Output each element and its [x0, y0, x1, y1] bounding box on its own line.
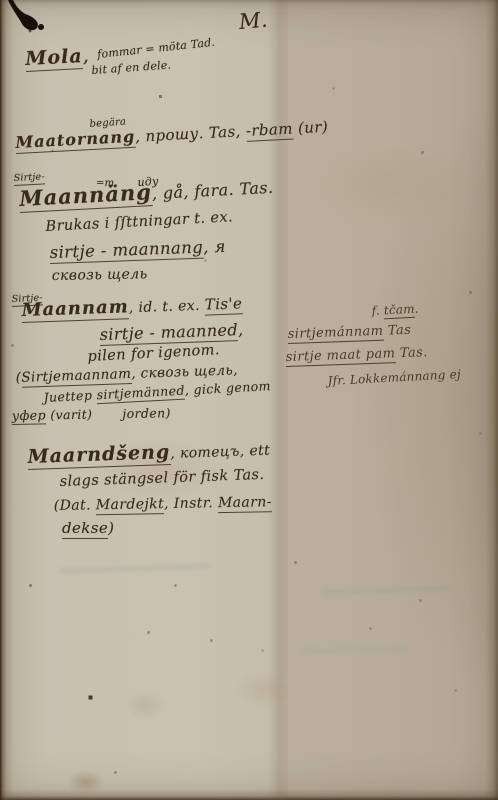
entry-maannang-line: Maannäng, gå, fara. Tas. — [19, 173, 274, 211]
russian-gloss: сквозь щель — [52, 266, 148, 284]
form-mardejkt: Mardejkt — [96, 496, 165, 515]
page-letter-heading: M. — [238, 8, 269, 34]
compound-sirtjemaannam: Sirtjemaannam — [21, 366, 132, 388]
headword-maarndseng: Maarndšeng — [27, 441, 170, 470]
example-tise: Tis'e — [204, 294, 242, 315]
form-maarn: Maarn- — [218, 494, 272, 513]
example-pre: Juettep — [43, 387, 97, 405]
compound-sirtjemanned: sirtjemänned — [96, 383, 185, 405]
margin-line-sirtjemannam: sirtjemánnam Tas — [287, 323, 411, 342]
entry-maannang-prefix: Sirtje- — [13, 171, 45, 184]
entry-maarndseng-line4: dekse) — [62, 519, 114, 537]
entry-maannang-compound: sirtje - maannang, я — [49, 237, 226, 262]
entry-mola-gloss2: bit af en dele. — [91, 58, 171, 77]
entry-mola-headword-line: Mola, — [25, 45, 90, 70]
word-sirtjemannam: sirtjemánnam — [287, 324, 383, 344]
punct: , — [238, 320, 244, 339]
prefix-sirtje: Sirtje- — [13, 171, 45, 186]
letter-m: M. — [238, 8, 269, 34]
abbrev: f. — [371, 303, 384, 318]
case-label: (Dat. — [54, 497, 96, 514]
form-dekse: dekse — [62, 519, 108, 539]
punct: ) — [108, 519, 114, 537]
note-text: (varit) — [46, 407, 93, 423]
gloss-text: fommar = möta Tad. — [97, 36, 216, 61]
compound-tail: , я — [203, 237, 226, 257]
ink-blot — [0, 0, 64, 44]
entry-maannam-compound: sirtje - maanned, — [99, 320, 243, 344]
manuscript-page: M. Mola, fommar = möta Tad. bit af en de… — [0, 0, 498, 800]
entry-maannang-usage: Brukas i ſſttningar t. ex. — [45, 209, 233, 235]
entry-mola-gloss1: fommar = möta Tad. — [97, 36, 216, 61]
ink-bleedthrough — [300, 647, 410, 653]
gloss-text: gå, fara. Tas. — [157, 178, 274, 203]
word-sirtjemaatpam: sirtje maat pam — [285, 346, 395, 367]
headword-maatornang: Maatornang — [15, 127, 136, 154]
entry-maarndseng-line3: (Dat. Mardejkt, Instr. Maarn- — [54, 494, 272, 514]
ink-bleedthrough — [60, 563, 210, 573]
gloss-tail: (ur) — [292, 118, 328, 138]
cross-reference: Jfr. Lokkemánnang ej — [327, 367, 461, 388]
gloss-tail: , сквозь щель, — [131, 362, 238, 382]
closing-word: jorden) — [122, 405, 171, 421]
gloss-text: , прошу. Tas, — [135, 122, 247, 146]
compound-sirtje-maannang: sirtje - maannang — [49, 238, 203, 264]
gloss-text: , котецъ, ett — [170, 443, 270, 462]
margin-line-tcam: f. tčam. — [371, 302, 419, 318]
headword-mola: Mola — [25, 45, 83, 72]
headword-maannang: Maannäng — [19, 179, 153, 213]
russian-word: уфер — [12, 407, 46, 425]
suffix-rbam: -rbam — [245, 119, 293, 141]
gloss-text: , id. t. ex. — [128, 298, 205, 317]
ink-bleedthrough — [320, 586, 450, 596]
source-tas: Tas — [383, 323, 411, 339]
entry-maannang-russian: сквозь щель — [52, 266, 148, 284]
entry-maannam-paren3: уфер (varit)jorden) — [12, 405, 171, 423]
headword-maannam: Maannam — [21, 296, 129, 323]
punct: , — [82, 45, 90, 67]
case-label: , Instr. — [164, 495, 218, 512]
usage-text: Brukas i ſſttningar t. ex. — [45, 209, 233, 235]
margin-line-sirtjemaatpam: sirtje maat pam Tas. — [285, 345, 428, 365]
entry-maarndseng-line2: slags stängsel för fisk Tas. — [59, 467, 264, 490]
gloss-text: slags stängsel för fisk Tas. — [59, 467, 264, 490]
entry-maarndseng-line: Maarndšeng, котецъ, ett — [27, 438, 270, 468]
word-tcam: tčam — [384, 302, 416, 320]
entry-maannam-line: Maannam, id. t. ex. Tis'e — [21, 292, 242, 321]
gloss-tail: , gick genom — [184, 378, 271, 397]
margin-line-jfr: Jfr. Lokkemánnang ej — [327, 367, 461, 388]
source-tas: Tas. — [395, 345, 428, 361]
gloss-text: bit af en dele. — [91, 58, 171, 77]
punct: . — [414, 302, 419, 316]
